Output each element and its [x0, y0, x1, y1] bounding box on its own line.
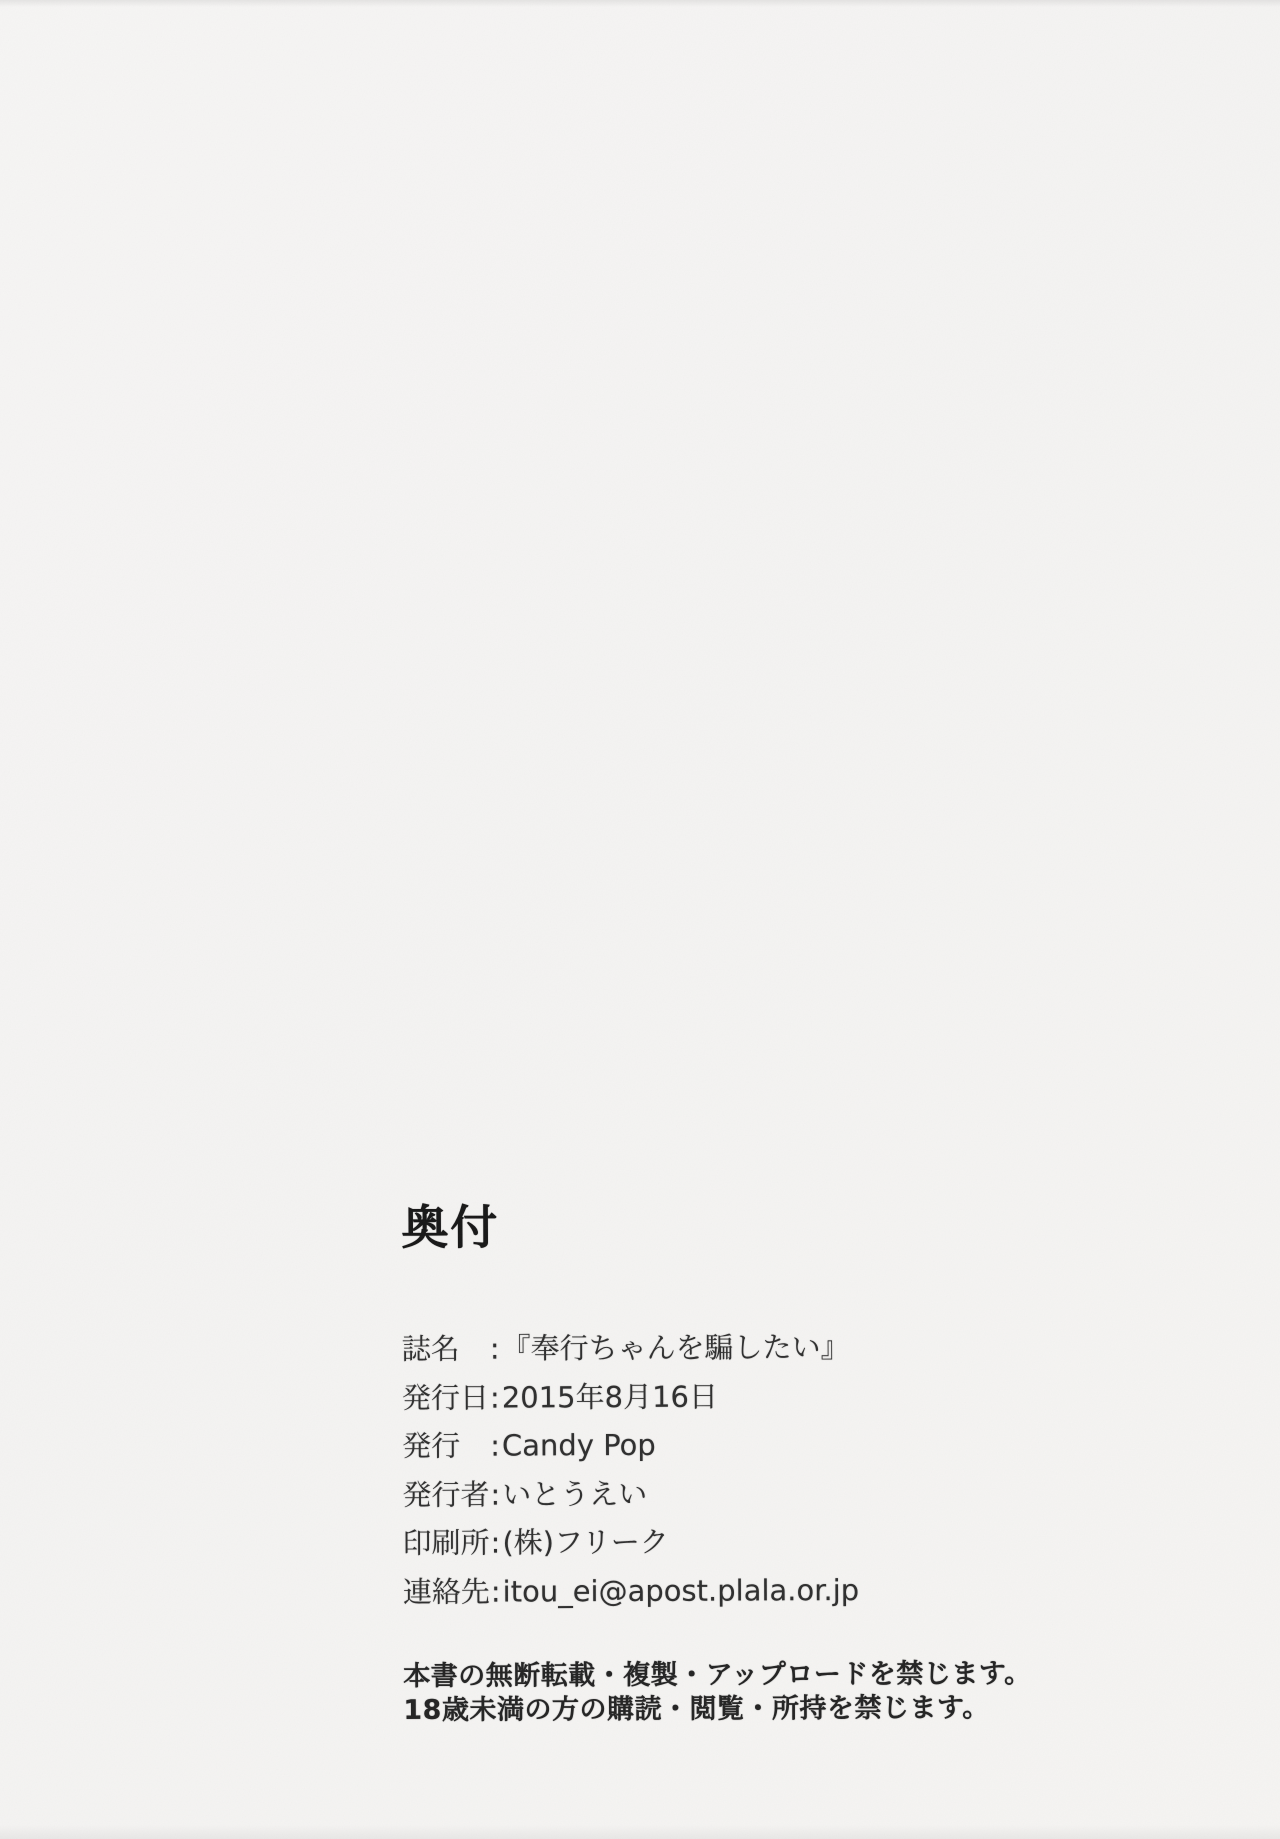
entry-publish-date-colon: :	[490, 1373, 500, 1422]
entry-publish-date-value: 2015年8月16日	[502, 1379, 718, 1414]
entry-author-label: 発行者	[402, 1470, 490, 1519]
entry-title-label: 誌名	[402, 1325, 490, 1374]
notice-adults-only: 18歳未満の方の購読・閲覧・所持を禁じます。	[403, 1691, 1032, 1727]
entry-publish-date: 発行日:2015年8月16日	[402, 1372, 859, 1422]
entry-printer: 印刷所:(株)フリーク	[403, 1517, 860, 1567]
entry-contact-email: itou_ei@apost.plala.or.jp	[503, 1572, 860, 1608]
entry-publisher-circle-value: Candy Pop	[502, 1428, 656, 1463]
scanned-colophon-page: 奥付 誌名 :『奉行ちゃんを騙したい』 発行日:2015年8月16日 発行 :C…	[0, 0, 1280, 1839]
colophon-entries: 誌名 :『奉行ちゃんを騙したい』 発行日:2015年8月16日 発行 :Cand…	[402, 1323, 860, 1616]
colophon-content: 奥付 誌名 :『奉行ちゃんを騙したい』 発行日:2015年8月16日 発行 :C…	[0, 0, 1280, 1839]
entry-contact-colon: :	[491, 1567, 501, 1616]
entry-title-value: 『奉行ちゃんを騙したい』	[501, 1330, 849, 1366]
entry-title-colon: :	[490, 1325, 500, 1374]
colophon-heading: 奥付	[401, 1203, 499, 1255]
entry-printer-label: 印刷所	[403, 1519, 491, 1568]
entry-printer-value: (株)フリーク	[502, 1525, 669, 1560]
entry-printer-colon: :	[491, 1519, 501, 1568]
entry-contact: 連絡先:itou_ei@apost.plala.or.jp	[403, 1565, 860, 1615]
entry-author: 発行者:いとうえい	[402, 1468, 859, 1518]
legal-notices: 本書の無断転載・複製・アップロードを禁じます。 18歳未満の方の購読・閲覧・所持…	[403, 1657, 1032, 1727]
entry-publisher-circle-colon: :	[490, 1422, 500, 1471]
entry-contact-label: 連絡先	[403, 1567, 491, 1616]
entry-author-colon: :	[490, 1470, 500, 1519]
entry-title: 誌名 :『奉行ちゃんを騙したい』	[402, 1323, 859, 1373]
entry-publish-date-label: 発行日	[402, 1373, 490, 1422]
entry-author-value: いとうえい	[502, 1476, 647, 1511]
entry-publisher-circle-label: 発行	[402, 1422, 490, 1471]
notice-no-reproduction: 本書の無断転載・複製・アップロードを禁じます。	[403, 1657, 1032, 1693]
entry-publisher-circle: 発行 :Candy Pop	[402, 1420, 859, 1470]
